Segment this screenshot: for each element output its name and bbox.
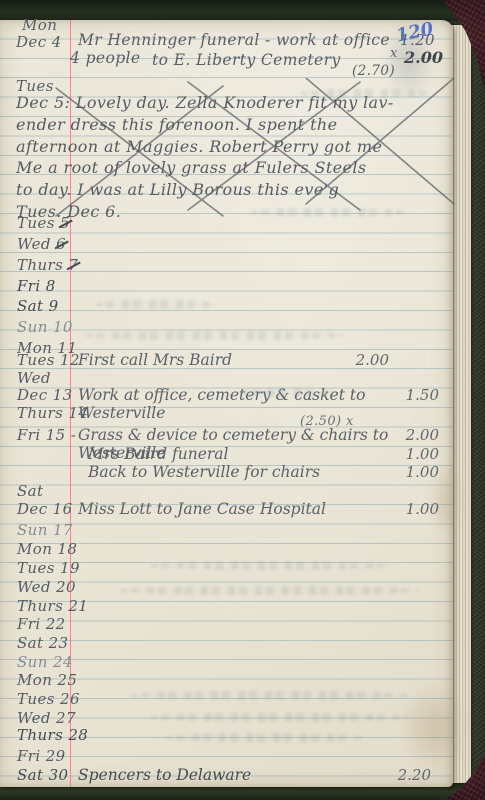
row-date-label: Tues 12 bbox=[17, 351, 80, 369]
ledger-row: Fri 22 bbox=[0, 615, 453, 635]
row-date-label: Sat 23 bbox=[17, 634, 69, 652]
ledger-row: Fri 29 bbox=[0, 747, 453, 767]
ledger-row: Dec 13Work at office, cemetery & casket … bbox=[0, 386, 453, 406]
row-date-label: Fri 15 - bbox=[17, 426, 76, 444]
row-entry-text: Spencers to Delaware bbox=[78, 766, 251, 784]
ink-bleed-through bbox=[85, 331, 345, 340]
row-date-label: Sun 17 bbox=[17, 521, 73, 539]
graphite-smudge bbox=[382, 18, 437, 100]
ink-bleed-through bbox=[165, 733, 365, 742]
ink-bleed-through bbox=[250, 208, 410, 217]
ledger-row: Tues 5 bbox=[0, 214, 453, 234]
date-label-dec4: Dec 4 bbox=[16, 33, 62, 51]
ink-bleed-through bbox=[150, 713, 410, 722]
ledger-row: Mon 25 bbox=[0, 671, 453, 691]
page-content: Mon Dec 4 Mr Henninger funeral - work at… bbox=[0, 0, 485, 800]
row-date-label: Mon 18 bbox=[17, 540, 77, 558]
row-date-label: Fri 22 bbox=[17, 615, 66, 633]
crossed-out-line: ender dress this forenoon. I spent the bbox=[16, 114, 452, 136]
row-date-label: Wed 20 bbox=[17, 578, 76, 596]
ledger-row: Sat 9 bbox=[0, 297, 453, 317]
row-date-label: Thurs 21 bbox=[17, 597, 88, 615]
age-stain bbox=[400, 682, 466, 774]
row-date-label: Wed 6 bbox=[17, 235, 66, 253]
row-date-label: Fri 8 bbox=[17, 277, 56, 295]
row-date-label: Sun 10 bbox=[17, 318, 73, 336]
row-date-label: Thurs 7 bbox=[17, 256, 78, 274]
row-entry-text: Back to Westerville for chairs bbox=[88, 463, 320, 481]
entry-text-4-people: 4 people bbox=[70, 49, 140, 67]
crossed-out-entry-dec5: Dec 5: Lovely day. Zella Knoderer fit my… bbox=[16, 92, 452, 223]
crossed-out-line: afternoon at Maggies. Robert Perry got m… bbox=[16, 136, 452, 158]
ledger-row: Sat 23 bbox=[0, 634, 453, 654]
row-date-label: Sun 24 bbox=[17, 653, 73, 671]
row-date-label: Fri 29 bbox=[17, 747, 66, 765]
row-entry-text: Mrs Baird funeral bbox=[88, 445, 229, 463]
ledger-row: Fri 15 -Grass & device to cemetery & cha… bbox=[0, 426, 453, 446]
ledger-row: Mrs Baird funeral1.00 bbox=[0, 445, 453, 465]
row-date-label: Tues 19 bbox=[17, 559, 80, 577]
ledger-row: Sat bbox=[0, 482, 453, 502]
row-date-label: Tues 5 bbox=[17, 214, 70, 232]
ledger-row: Sun 17 bbox=[0, 521, 453, 541]
ledger-row: Thurs 21 bbox=[0, 597, 453, 617]
ledger-row: Wed 6 bbox=[0, 235, 453, 255]
crossed-out-line: to day. I was at Lilly Borous this eve'g bbox=[16, 179, 452, 201]
row-amount: 2.00 bbox=[356, 351, 389, 369]
ledger-row: Tues 12First call Mrs Baird2.00 bbox=[0, 351, 453, 371]
ink-bleed-through bbox=[120, 586, 420, 595]
age-stain bbox=[428, 462, 462, 536]
crossed-out-line: Me a root of lovely grass at Fulers Stee… bbox=[16, 157, 452, 179]
row-date-label: Mon 25 bbox=[17, 671, 77, 689]
struck-date-number: 7 bbox=[68, 256, 78, 274]
row-amount: 1.00 bbox=[406, 445, 439, 463]
ledger-row: Sun 24 bbox=[0, 653, 453, 673]
row-entry-text: First call Mrs Baird bbox=[78, 351, 232, 369]
row-date-label: Wed bbox=[17, 369, 51, 387]
row-amount: 2.00 bbox=[406, 426, 439, 444]
entry-text-cemetery: to E. Liberty Cemetery bbox=[152, 51, 341, 69]
row-date-label: Thurs 28 bbox=[17, 726, 88, 744]
ledger-row: Sat 30Spencers to Delaware2.20 bbox=[0, 766, 453, 786]
row-date-label: Tues 26 bbox=[17, 690, 80, 708]
ink-bleed-through bbox=[240, 388, 335, 397]
ledger-row: Fri 8 bbox=[0, 277, 453, 297]
ledger-row: Back to Westerville for chairs1.00 bbox=[0, 463, 453, 483]
row-date-label: Sat bbox=[17, 482, 43, 500]
row-date-label: Sat 9 bbox=[17, 297, 59, 315]
ink-bleed-through bbox=[130, 691, 410, 700]
struck-date-number: 6 bbox=[56, 235, 66, 253]
scanned-diary-photo: Mon Dec 4 Mr Henninger funeral - work at… bbox=[0, 0, 485, 800]
row-date-label: Dec 13 bbox=[17, 386, 73, 404]
day-label-mon: Mon bbox=[22, 16, 57, 34]
ink-bleed-through bbox=[95, 300, 215, 309]
ledger-row: Thurs 7 bbox=[0, 256, 453, 276]
struck-date-number: 5 bbox=[60, 214, 70, 232]
ledger-row: Dec 16Miss Lott to Jane Case Hospital1.0… bbox=[0, 500, 453, 520]
entry-text-dec4: Mr Henninger funeral - work at office bbox=[78, 31, 390, 49]
row-amount: 1.50 bbox=[406, 386, 439, 404]
row-entry-text: Miss Lott to Jane Case Hospital bbox=[78, 500, 326, 518]
ink-bleed-through bbox=[150, 561, 390, 570]
ledger-row: Mon 18 bbox=[0, 540, 453, 560]
row-date-label: Dec 16 bbox=[17, 500, 73, 518]
row-date-label: Wed 27 bbox=[17, 709, 76, 727]
row-date-label: Sat 30 bbox=[17, 766, 69, 784]
